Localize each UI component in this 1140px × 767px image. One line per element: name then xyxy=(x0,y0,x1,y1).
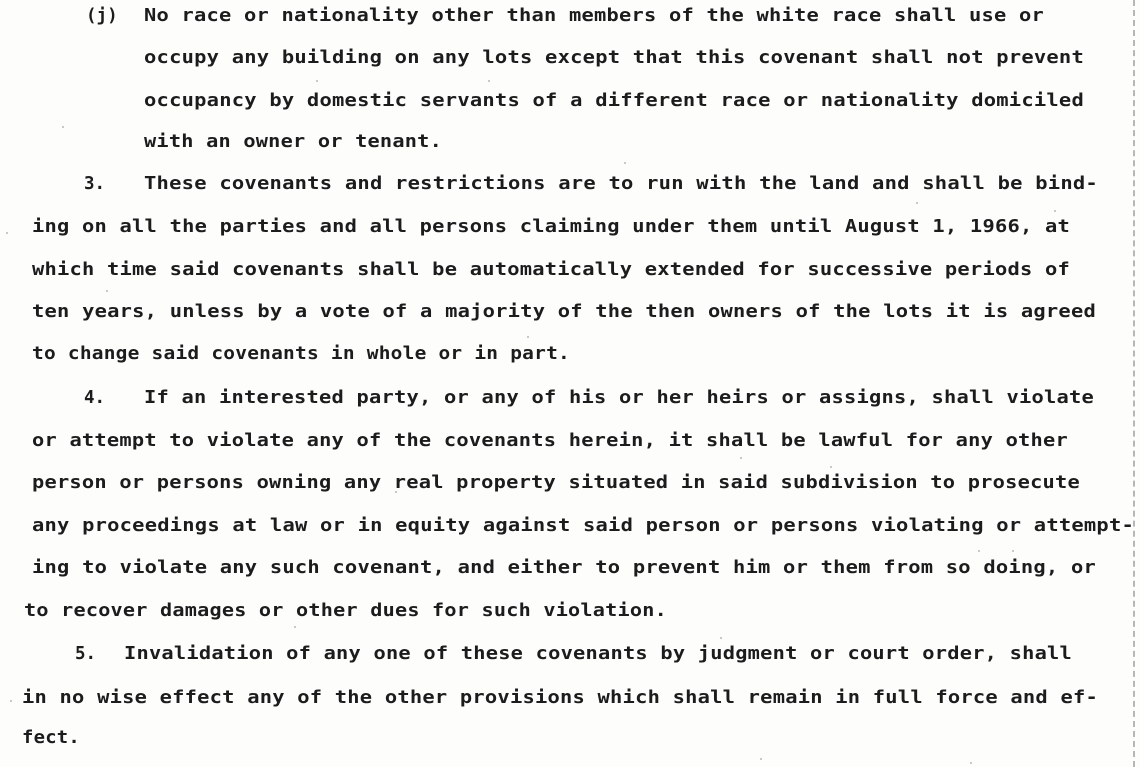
scan-speck xyxy=(720,637,722,639)
text-line: ten years, unless by a vote of a majorit… xyxy=(32,301,1096,323)
text-line: If an interested party, or any of his or… xyxy=(144,387,1094,409)
scan-speck xyxy=(970,762,972,764)
scan-speck xyxy=(830,466,832,468)
text-line: any proceedings at law or in equity agai… xyxy=(32,515,1134,537)
text-line: to change said covenants in whole or in … xyxy=(32,343,570,365)
section-marker: 4. xyxy=(84,387,105,409)
text-line: to recover damages or other dues for suc… xyxy=(24,600,667,622)
text-line: ing on all the parties and all persons c… xyxy=(32,216,1070,238)
text-line: which time said covenants shall be autom… xyxy=(32,259,1070,281)
scan-speck xyxy=(10,700,12,702)
text-line: No race or nationality other than member… xyxy=(144,5,1044,27)
text-line: or attempt to violate any of the covenan… xyxy=(32,430,1068,452)
scan-speck xyxy=(916,202,918,204)
scan-speck xyxy=(316,80,318,82)
text-line: in no wise effect any of the other provi… xyxy=(22,687,1098,709)
scan-speck xyxy=(1012,550,1014,552)
scan-speck xyxy=(6,232,8,234)
scan-speck xyxy=(1054,210,1056,212)
scan-speck xyxy=(62,126,64,128)
text-line: person or persons owning any real proper… xyxy=(32,472,1080,494)
scan-speck xyxy=(395,491,397,493)
scan-speck xyxy=(760,758,762,760)
scan-speck xyxy=(978,550,980,552)
section-marker: 5. xyxy=(75,643,96,665)
document-page: (j) No race or nationality other than me… xyxy=(0,0,1140,767)
text-line: These covenants and restrictions are to … xyxy=(144,173,1098,195)
section-marker: 3. xyxy=(84,173,105,195)
text-line: Invalidation of any one of these covenan… xyxy=(124,643,1072,665)
scan-speck xyxy=(624,162,626,164)
scanned-page-edge xyxy=(1133,0,1135,767)
scan-speck xyxy=(527,336,529,338)
text-line: ing to violate any such covenant, and ei… xyxy=(32,557,1096,579)
scan-speck xyxy=(294,626,296,628)
scan-speck xyxy=(106,290,108,292)
scan-speck xyxy=(488,80,490,82)
section-marker: (j) xyxy=(86,5,118,27)
text-line: occupancy by domestic servants of a diff… xyxy=(144,90,1084,112)
scan-speck xyxy=(740,457,742,459)
text-line: with an owner or tenant. xyxy=(144,131,442,153)
text-line: fect. xyxy=(22,727,80,749)
text-line: occupy any building on any lots except t… xyxy=(144,47,1084,69)
